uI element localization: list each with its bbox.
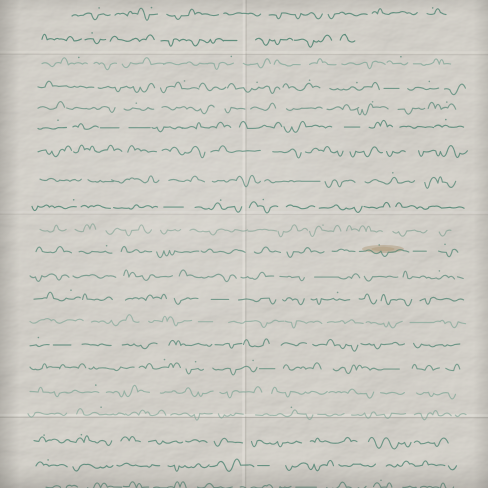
ink-dot [98,7,100,9]
ink-dot [57,119,59,121]
crease-line [0,212,488,213]
ink-dot [439,270,441,272]
letter-photograph [0,0,488,488]
ink-dot [91,32,93,34]
ink-dot [446,101,448,103]
ink-dot [136,102,138,104]
ink-dot [356,82,358,84]
ink-dot [106,245,108,247]
ink-dot [344,34,346,36]
ink-dot [81,434,83,436]
ink-dot [231,56,233,58]
ink-dot [184,80,186,82]
crease-line [0,214,488,215]
ink-dot [444,244,446,246]
ink-dot [151,7,153,9]
ink-dot [372,101,374,103]
ink-dot [429,81,431,83]
ink-dot [252,360,254,362]
ink-dot [38,337,40,339]
ink-dot [47,459,49,461]
ink-dot [220,199,222,201]
ink-dot [322,224,324,226]
crease-line [0,54,488,55]
paper-stain [362,245,404,253]
ink-dot [378,244,380,246]
ink-dot [78,57,80,59]
ink-dot [380,480,382,482]
ink-dot [392,172,394,174]
ink-dot [195,361,197,363]
ink-dot [263,199,265,201]
ink-dot [43,434,45,436]
crease-line [0,52,488,53]
crease-line [0,417,488,418]
ink-dot [291,407,293,409]
ink-dot [100,406,102,408]
ink-dot [70,289,72,291]
ink-dot [164,359,166,361]
ink-dot [432,7,434,9]
ink-dot [337,292,339,294]
ink-dot [256,82,258,84]
ink-dot [95,384,97,386]
ink-dot [309,79,311,81]
ink-dot [73,199,75,201]
stain-mark [371,247,394,251]
ink-dot [400,56,402,58]
paper-sheet [0,0,488,488]
ink-dot [445,119,447,121]
